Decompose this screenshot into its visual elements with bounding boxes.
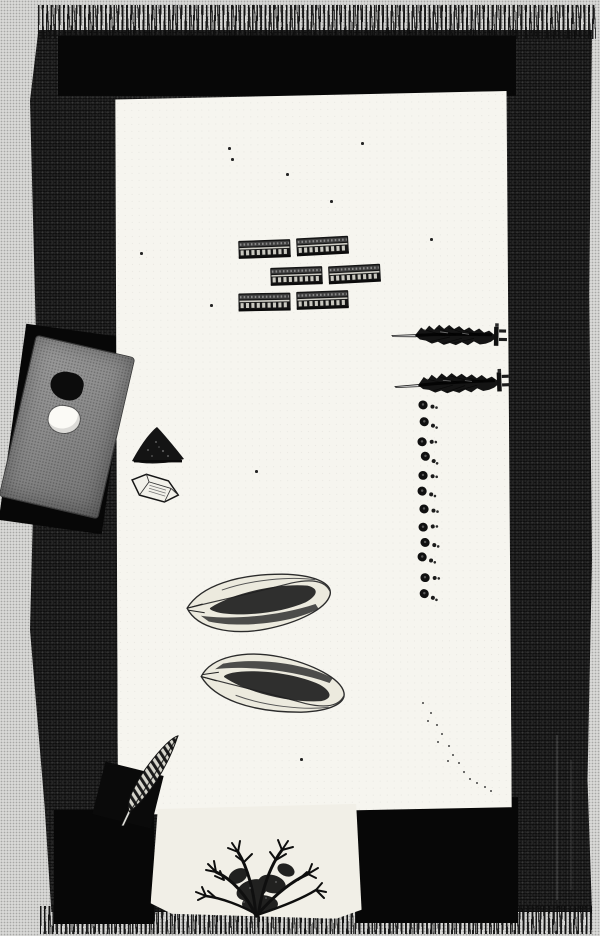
meal-grain-speck xyxy=(436,724,438,726)
dust-speck xyxy=(140,252,143,255)
meal-grain-speck xyxy=(437,741,439,743)
meal-grain-speck xyxy=(427,720,429,722)
dust-speck xyxy=(255,470,258,473)
dust-speck xyxy=(300,758,303,761)
meal-grain-speck xyxy=(441,733,443,735)
dust-speck xyxy=(228,147,231,150)
offering-pair xyxy=(415,398,441,412)
meal-grain-speck xyxy=(452,754,454,756)
meal-grain-speck xyxy=(448,745,450,747)
offering-pair xyxy=(414,516,443,536)
meal-grain-speck xyxy=(430,712,432,714)
meal-grain-speck xyxy=(476,782,478,784)
striped-packet xyxy=(238,238,292,260)
striped-packet xyxy=(328,263,382,286)
meal-grain-speck xyxy=(422,702,424,704)
meal-grain-speck xyxy=(458,762,460,764)
offering-pair xyxy=(415,413,444,433)
halftone-photograph xyxy=(0,0,600,936)
dust-speck xyxy=(231,158,234,161)
offering-pair xyxy=(413,548,441,567)
feather-wand xyxy=(390,319,513,353)
offering-pair xyxy=(413,483,441,501)
dust-speck xyxy=(210,304,213,307)
dust-speck xyxy=(330,200,333,203)
offering-pair xyxy=(416,568,444,585)
feather-wand xyxy=(392,366,515,402)
generated-objects-layer xyxy=(0,0,600,936)
meal-grain-speck xyxy=(484,786,486,788)
striped-packet xyxy=(296,235,350,258)
husk-bundle xyxy=(196,643,354,722)
dust-speck xyxy=(286,173,289,176)
offering-pair xyxy=(414,467,441,483)
dust-speck xyxy=(430,238,433,241)
striped-packet xyxy=(238,292,291,313)
meal-grain-speck xyxy=(447,760,449,762)
offering-pair xyxy=(415,585,444,606)
striped-packet xyxy=(296,289,350,311)
offering-pair xyxy=(416,502,442,516)
husk-bundle xyxy=(182,565,339,642)
striped-packet xyxy=(270,265,324,287)
meal-grain-speck xyxy=(490,790,492,792)
meal-grain-speck xyxy=(469,778,471,780)
offering-pair xyxy=(413,432,441,450)
dust-speck xyxy=(361,142,364,145)
meal-grain-speck xyxy=(463,771,465,773)
offering-pair xyxy=(415,447,444,469)
